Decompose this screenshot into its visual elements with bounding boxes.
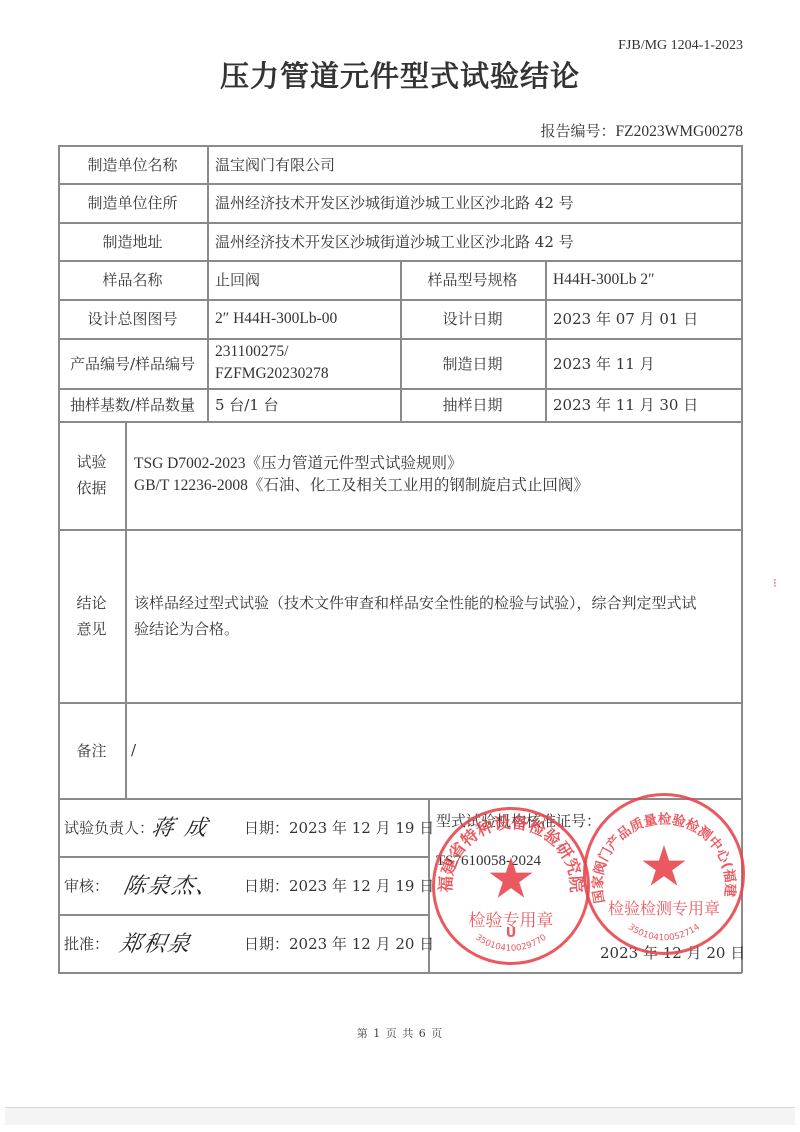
sampling-base-qty-value: 5 台/1 台 <box>207 388 400 421</box>
sample-name-label: 样品名称 <box>58 260 207 299</box>
test-basis-standard: GB/T 12236-2008《石油、化工及相关工业用的钢制旋启式止回阀》 <box>134 475 589 497</box>
test-basis-value: TSG D7002-2023《压力管道元件型式试验规则》 GB/T 12236-… <box>125 421 742 529</box>
row-sample-name: 样品名称 止回阀 样品型号规格 H44H-300Lb 2″ <box>58 260 742 299</box>
sample-no: FZFMG20230278 <box>215 363 329 385</box>
standard-code: FJB/MG 1204-1-2023 <box>618 38 743 54</box>
row-manufacturer-name: 制造单位名称 温宝阀门有限公司 <box>58 145 742 183</box>
sample-name-value: 止回阀 <box>207 260 400 299</box>
inspection-seal-nvqc: 国家阀门产品质量检验检测中心(福建) 35010410052714 ★ 检验检测… <box>583 793 745 955</box>
approver-date: 日期：2023 年 12 月 20 日 <box>244 933 434 954</box>
manufacturer-name-label: 制造单位名称 <box>58 145 207 183</box>
page-indicator: 第 1 页 共 6 页 <box>0 1025 800 1041</box>
seal-bleed-mark: ⁝ <box>773 576 776 590</box>
test-basis-standard: TSG D7002-2023《压力管道元件型式试验规则》 <box>134 453 463 475</box>
conclusion-text-line2: 验结论为合格。 <box>134 616 239 642</box>
sample-model-value: H44H-300Lb 2″ <box>545 260 742 299</box>
sampling-date-value: 2023 年 11 月 30 日 <box>545 388 742 421</box>
sampling-date-label: 抽样日期 <box>400 388 545 421</box>
row-conclusion: 结论 意见 该样品经过型式试验（技术文件审查和样品安全性能的检验与试验），综合判… <box>58 529 742 702</box>
row-sampling: 抽样基数/样品数量 5 台/1 台 抽样日期 2023 年 11 月 30 日 <box>58 388 742 421</box>
test-lead-label: 试验负责人： <box>64 817 154 838</box>
test-basis-label-line1: 试验 <box>76 449 106 475</box>
seal-letter: U <box>435 926 587 941</box>
report-number-label: 报告编号： <box>541 122 616 140</box>
reviewer-label: 审核： <box>64 875 109 896</box>
document-title: 压力管道元件型式试验结论 <box>0 54 800 95</box>
row-approver: 批准： 郑积泉 日期：2023 年 12 月 20 日 <box>58 914 428 972</box>
manufacture-date-value: 2023 年 11 月 <box>545 338 742 388</box>
seal-center-text: 检验检测专用章 <box>586 896 742 919</box>
inspection-seal-fjse: 福建省特种设备检验研究院 35010410029770 ★ 检验专用章 U <box>432 807 590 965</box>
manufacturing-site-label: 制造地址 <box>58 222 207 260</box>
approver-signature: 郑积泉 <box>117 927 194 958</box>
star-icon: ★ <box>486 851 536 907</box>
product-sample-no-label: 产品编号/样品编号 <box>58 338 207 388</box>
manufacturer-address-value: 温州经济技术开发区沙城街道沙城工业区沙北路 42 号 <box>207 183 742 222</box>
conclusion-text-line1: 该样品经过型式试验（技术文件审查和样品安全性能的检验与试验），综合判定型式试 <box>134 590 697 616</box>
manufacturing-site-value: 温州经济技术开发区沙城街道沙城工业区沙北路 42 号 <box>207 222 742 260</box>
remarks-label: 备注 <box>58 702 125 798</box>
design-date-label: 设计日期 <box>400 299 545 338</box>
product-no: 231100275/ <box>215 341 288 363</box>
sampling-base-qty-label: 抽样基数/样品数量 <box>58 388 207 421</box>
star-icon: ★ <box>639 839 689 895</box>
svg-text:35010410052714: 35010410052714 <box>626 922 702 943</box>
test-basis-label-line2: 依据 <box>76 475 106 501</box>
scan-edge <box>5 1107 795 1125</box>
reviewer-date: 日期：2023 年 12 月 19 日 <box>244 875 434 896</box>
report-number: 报告编号：FZ2023WMG00278 <box>541 120 743 141</box>
row-manufacturer-address: 制造单位住所 温州经济技术开发区沙城街道沙城工业区沙北路 42 号 <box>58 183 742 222</box>
row-remarks: 备注 / <box>58 702 742 798</box>
test-basis-label: 试验 依据 <box>58 421 125 529</box>
manufacture-date-label: 制造日期 <box>400 338 545 388</box>
sample-model-label: 样品型号规格 <box>400 260 545 299</box>
row-manufacturing-site: 制造地址 温州经济技术开发区沙城街道沙城工业区沙北路 42 号 <box>58 222 742 260</box>
manufacturer-name-value: 温宝阀门有限公司 <box>207 145 742 183</box>
row-reviewer: 审核： 陈泉杰、 日期：2023 年 12 月 19 日 <box>58 856 428 914</box>
conclusion-label-line2: 意见 <box>76 616 106 642</box>
test-lead-signature: 蒋 成 <box>149 811 211 842</box>
reviewer-signature: 陈泉杰、 <box>121 869 222 900</box>
conclusion-value: 该样品经过型式试验（技术文件审查和样品安全性能的检验与试验），综合判定型式试 验… <box>125 529 742 702</box>
row-test-lead: 试验负责人： 蒋 成 日期：2023 年 12 月 19 日 <box>58 798 428 856</box>
row-drawing-no: 设计总图图号 2″ H44H-300Lb-00 设计日期 2023 年 07 月… <box>58 299 742 338</box>
remarks-value: / <box>125 702 742 798</box>
row-product-sample-no: 产品编号/样品编号 231100275/ FZFMG20230278 制造日期 … <box>58 338 742 388</box>
test-lead-date: 日期：2023 年 12 月 19 日 <box>244 817 434 838</box>
design-date-value: 2023 年 07 月 01 日 <box>545 299 742 338</box>
report-number-value: FZ2023WMG00278 <box>616 123 743 140</box>
conclusion-label: 结论 意见 <box>58 529 125 702</box>
row-test-basis: 试验 依据 TSG D7002-2023《压力管道元件型式试验规则》 GB/T … <box>58 421 742 529</box>
manufacturer-address-label: 制造单位住所 <box>58 183 207 222</box>
drawing-no-value: 2″ H44H-300Lb-00 <box>207 299 400 338</box>
conclusion-label-line1: 结论 <box>76 590 106 616</box>
product-sample-no-value: 231100275/ FZFMG20230278 <box>207 338 400 388</box>
approver-label: 批准： <box>64 933 109 954</box>
drawing-no-label: 设计总图图号 <box>58 299 207 338</box>
